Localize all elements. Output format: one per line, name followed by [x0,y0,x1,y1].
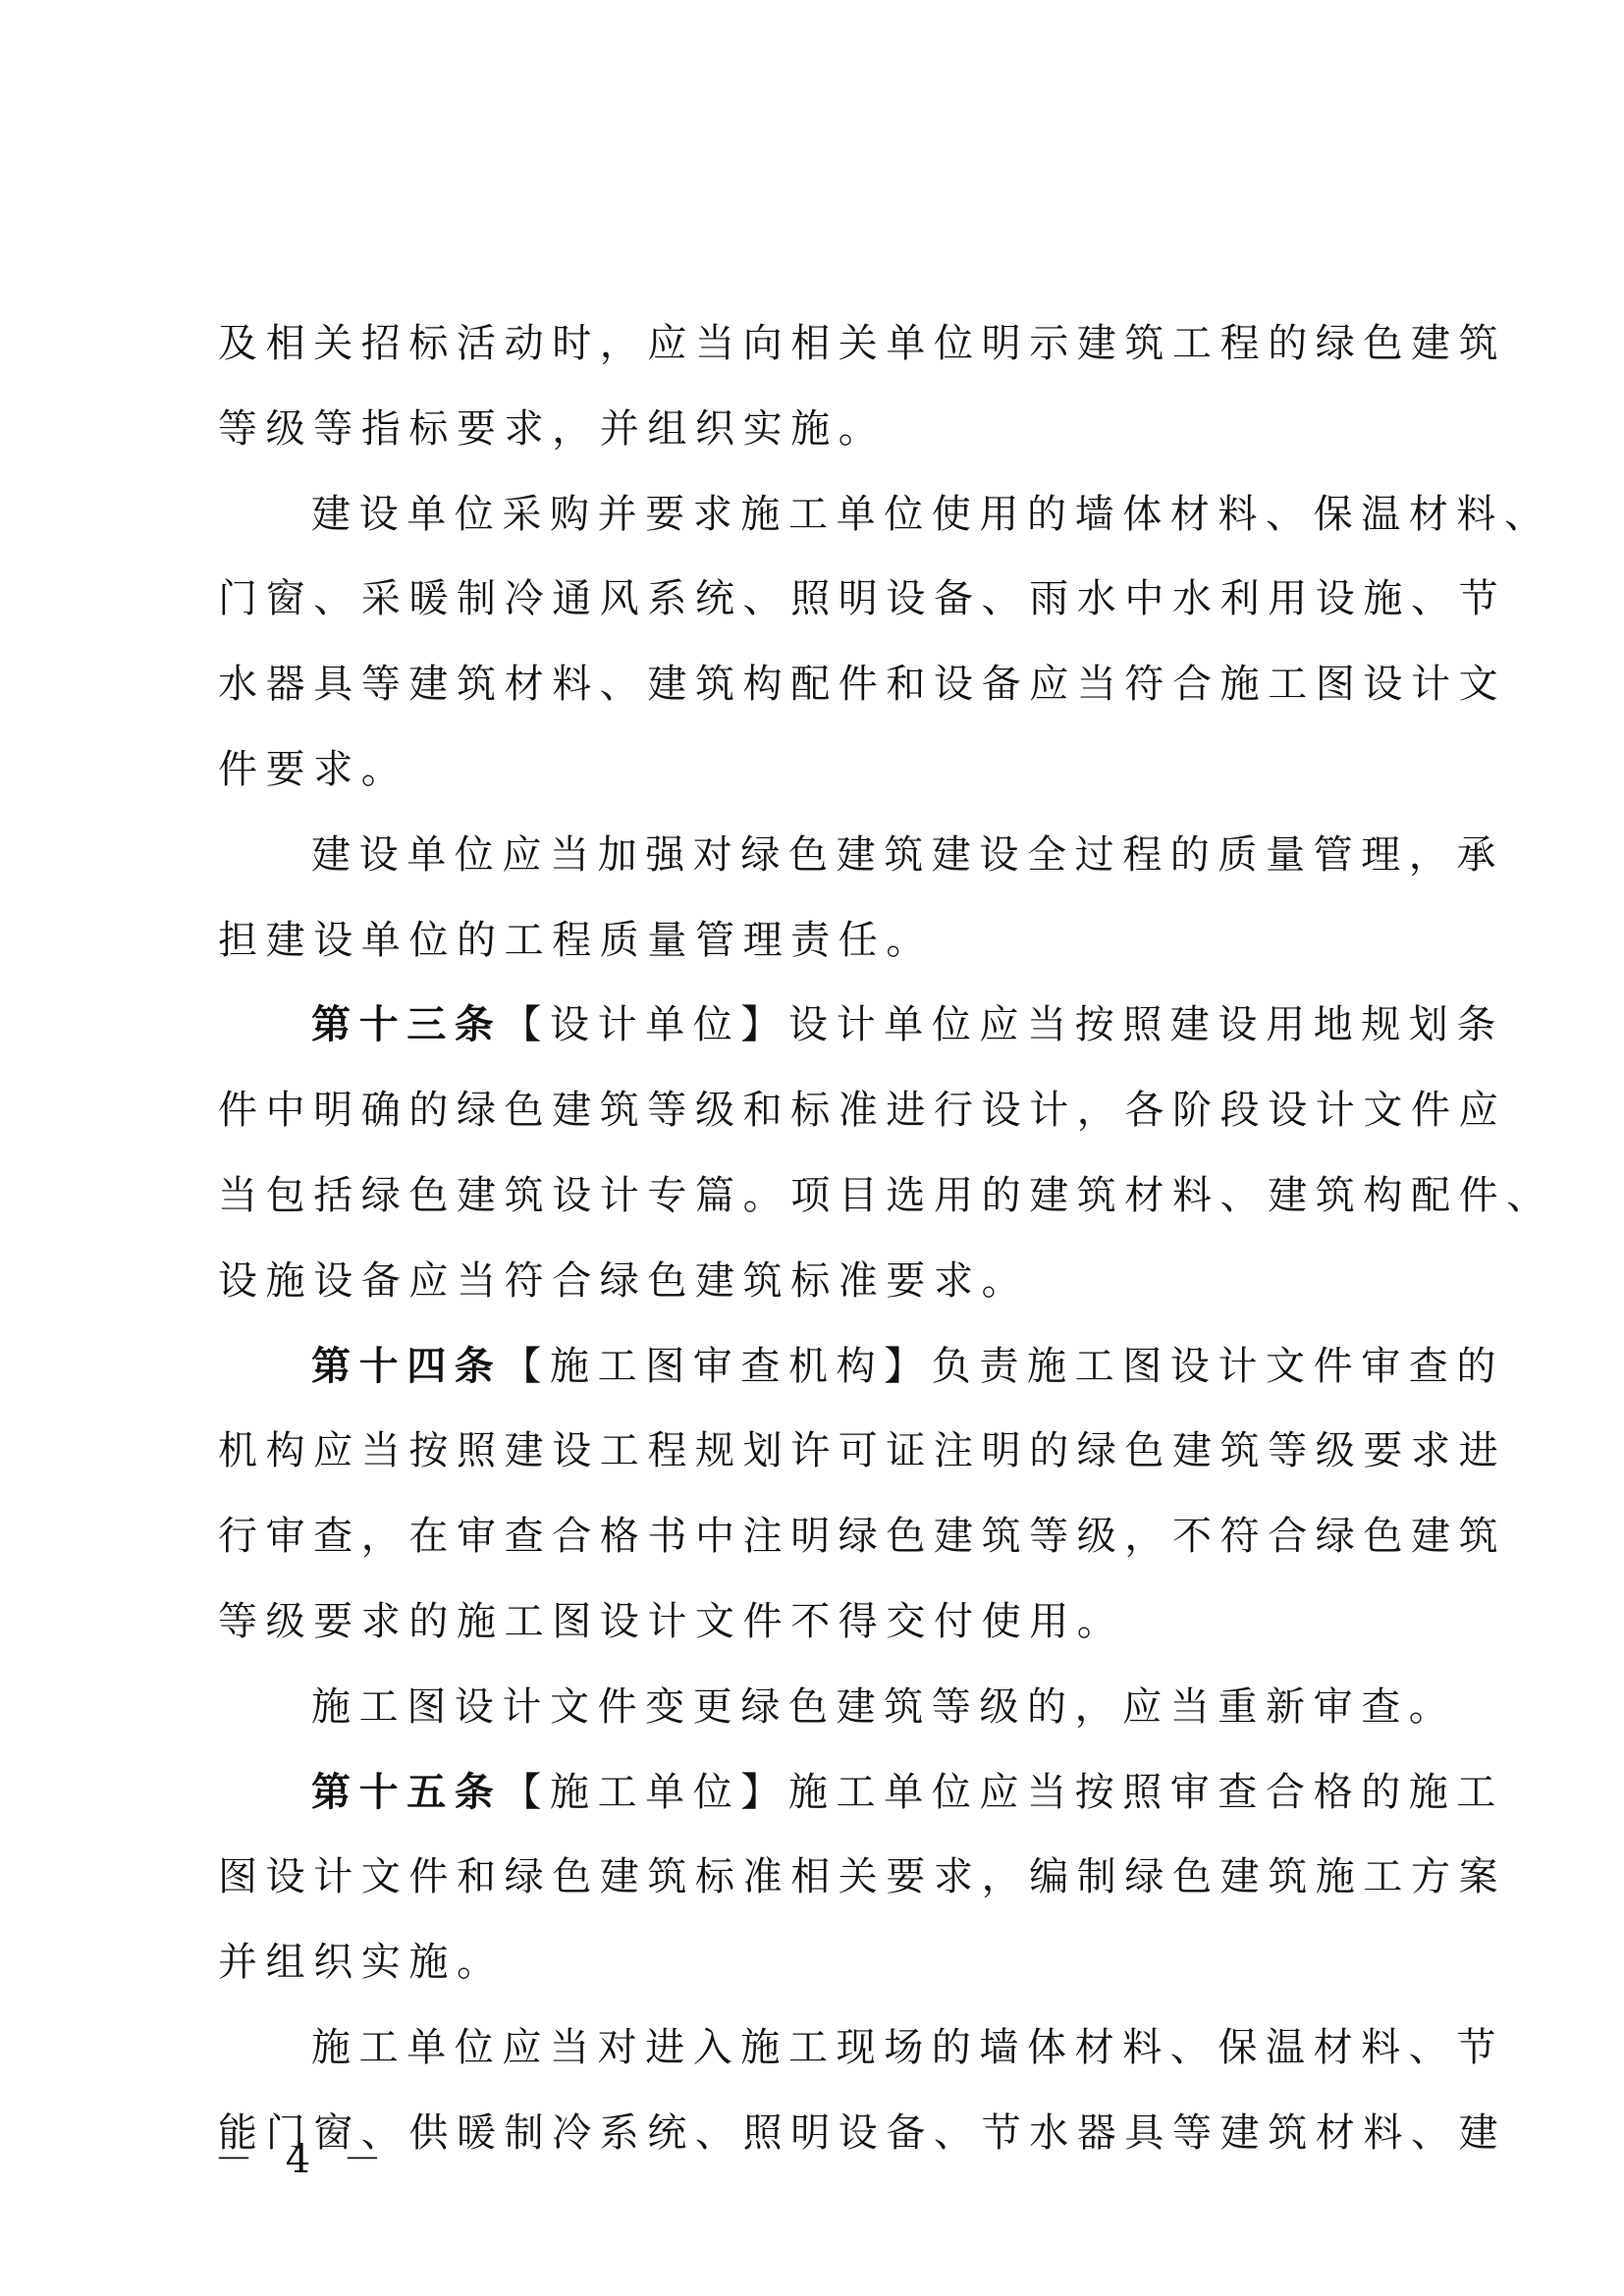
text-line: 设施设备应当符合绿色建筑标准要求。 [218,1239,1416,1324]
line-text: 设施设备应当符合绿色建筑标准要求。 [218,1258,1029,1304]
line-text: 能门窗、供暖制冷系统、照明设备、节水器具等建筑材料、建 [218,2110,1506,2156]
body-text: 及相关招标活动时，应当向相关单位明示建筑工程的绿色建筑 等级等指标要求，并组织实… [218,301,1416,2176]
text-line: 能门窗、供暖制冷系统、照明设备、节水器具等建筑材料、建 [218,2091,1416,2176]
text-line: 担建设单位的工程质量管理责任。 [218,898,1416,984]
text-line: 件要求。 [218,727,1416,813]
line-text: 【设计单位】设计单位应当按照建设用地规划条 [502,1002,1504,1047]
text-line: 件中明确的绿色建筑等级和标准进行设计，各阶段设计文件应 [218,1068,1416,1153]
line-text: 【施工单位】施工单位应当按照审查合格的施工 [502,1770,1504,1815]
line-text: 图设计文件和绿色建筑标准相关要求，编制绿色建筑施工方案 [218,1854,1506,1899]
text-line: 当包括绿色建筑设计专篇。项目选用的建筑材料、建筑构配件、 [218,1153,1416,1239]
article-15-first-line: 第十五条【施工单位】施工单位应当按照审查合格的施工 [218,1750,1416,1836]
document-page: 及相关招标活动时，应当向相关单位明示建筑工程的绿色建筑 等级等指标要求，并组织实… [0,0,1624,2296]
line-text: 施工图设计文件变更绿色建筑等级的，应当重新审查。 [311,1684,1456,1730]
line-text: 行审查，在审查合格书中注明绿色建筑等级，不符合绿色建筑 [218,1514,1506,1559]
text-line: 门窗、采暖制冷通风系统、照明设备、雨水中水利用设施、节 [218,557,1416,642]
text-line: 等级要求的施工图设计文件不得交付使用。 [218,1579,1416,1665]
line-text: 门窗、采暖制冷通风系统、照明设备、雨水中水利用设施、节 [218,576,1506,621]
article-heading: 第十三条 [311,1002,502,1047]
text-line: 行审查，在审查合格书中注明绿色建筑等级，不符合绿色建筑 [218,1494,1416,1579]
line-text: 机构应当按照建设工程规划许可证注明的绿色建筑等级要求进 [218,1428,1506,1473]
article-heading: 第十五条 [311,1770,502,1815]
line-text: 及相关招标活动时，应当向相关单位明示建筑工程的绿色建筑 [218,321,1506,366]
paragraph-first-line: 施工图设计文件变更绿色建筑等级的，应当重新审查。 [218,1665,1416,1750]
paragraph-first-line: 施工单位应当对进入施工现场的墙体材料、保温材料、节 [218,2005,1416,2091]
line-text: 建设单位采购并要求施工单位使用的墙体材料、保温材料、 [311,492,1552,537]
line-text: 等级等指标要求，并组织实施。 [218,406,886,452]
line-text: 担建设单位的工程质量管理责任。 [218,918,934,963]
page-number: － 4 － [214,2128,392,2184]
text-line: 及相关招标活动时，应当向相关单位明示建筑工程的绿色建筑 [218,301,1416,387]
line-text: 等级要求的施工图设计文件不得交付使用。 [218,1599,1124,1644]
line-text: 建设单位应当加强对绿色建筑建设全过程的质量管理，承 [311,832,1504,878]
article-heading: 第十四条 [311,1344,502,1389]
paragraph-first-line: 建设单位应当加强对绿色建筑建设全过程的质量管理，承 [218,813,1416,898]
line-text: 施工单位应当对进入施工现场的墙体材料、保温材料、节 [311,2025,1504,2070]
line-text: 水器具等建筑材料、建筑构配件和设备应当符合施工图设计文 [218,662,1506,707]
text-line: 水器具等建筑材料、建筑构配件和设备应当符合施工图设计文 [218,642,1416,727]
text-line: 等级等指标要求，并组织实施。 [218,387,1416,472]
text-line: 机构应当按照建设工程规划许可证注明的绿色建筑等级要求进 [218,1409,1416,1494]
line-text: 件中明确的绿色建筑等级和标准进行设计，各阶段设计文件应 [218,1088,1506,1133]
text-line: 并组织实施。 [218,1920,1416,2005]
paragraph-first-line: 建设单位采购并要求施工单位使用的墙体材料、保温材料、 [218,472,1416,558]
line-text: 【施工图审查机构】负责施工图设计文件审查的 [502,1344,1504,1389]
text-line: 图设计文件和绿色建筑标准相关要求，编制绿色建筑施工方案 [218,1835,1416,1920]
line-text: 件要求。 [218,747,408,792]
article-13-first-line: 第十三条【设计单位】设计单位应当按照建设用地规划条 [218,983,1416,1068]
line-text: 并组织实施。 [218,1940,505,1985]
article-14-first-line: 第十四条【施工图审查机构】负责施工图设计文件审查的 [218,1324,1416,1410]
line-text: 当包括绿色建筑设计专篇。项目选用的建筑材料、建筑构配件、 [218,1173,1554,1218]
